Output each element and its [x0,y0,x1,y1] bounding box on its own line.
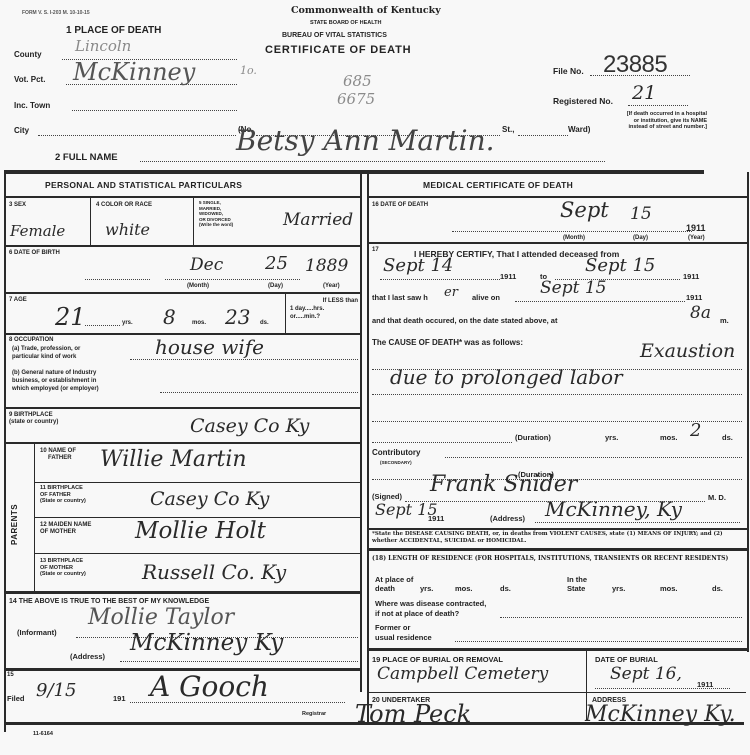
residence-state-mos: mos. [660,584,678,593]
contracted-label: Where was disease contracted, if not at … [375,599,486,619]
occupation-a-value: house wife [155,335,264,359]
attended-to-date: Sept 15 [585,255,655,276]
full-name-value: Betsy Ann Martin. [236,124,495,157]
attended-from-year: 1911 [500,272,516,281]
residence-label: (18) LENGTH OF RESIDENCE (FOR HOSPITALS,… [372,555,742,562]
registered-no: 21 [632,82,656,104]
form-code: 11-6164 [33,731,53,737]
dod-year: 1911 [686,223,706,233]
age-mos-label: mos. [192,320,206,326]
burial-date-label: DATE OF BURIAL [595,655,658,664]
death-certificate: FORM V. S. I-203 M. 10-10-15 Commonwealt… [0,0,750,755]
vot-pct-suffix: 1o. [240,64,257,77]
attended-to-year: 1911 [683,272,699,281]
age-years: 21 [55,303,86,331]
dob-year: 1889 [305,256,348,276]
footnote: *State the DISEASE CAUSING DEATH, or, in… [372,531,742,545]
informant-address-value: McKinney Ky [130,630,283,656]
age-days: 23 [225,305,250,329]
certify-num: 17 [372,247,379,253]
birthplace-value: Casey Co Ky [190,415,309,437]
registered-no-label: Registered No. [553,96,613,106]
file-no: 23885 [603,51,667,79]
burial-place-label: 19 PLACE OF BURIAL OR REMOVAL [372,655,503,664]
commonwealth-title: Commonwealth of Kentucky [291,5,441,16]
dod-day-label: (Day) [633,235,648,241]
cause-line-1: Exaustion [640,340,735,362]
mother-birthplace-value: Russell Co. Ky [142,560,286,584]
dod-day: 15 [630,204,652,224]
registrar-label: Registrar [302,711,326,717]
place-of-death-label: 1 PLACE OF DEATH [66,25,161,36]
color-value: white [105,220,150,239]
duration-yrs-label: yrs. [605,433,618,442]
dod-month-label: (Month) [563,235,585,241]
city-label: City [14,126,29,135]
file-no-label: File No. [553,66,584,76]
duration-ds-label: ds. [722,433,733,442]
dod-year-label: (Year) [688,235,705,241]
cause-label: The CAUSE OF DEATH* was as follows: [372,338,523,347]
death-time-text: and that death occured, on the date stat… [372,316,557,325]
last-saw-suffix: alive on [472,293,500,302]
form-number: FORM V. S. I-203 M. 10-10-15 [22,10,90,16]
undertaker-value: Tom Peck [355,700,471,728]
dod-month: Sept [560,198,609,222]
county-value: Lincoln [75,37,131,55]
father-name-label: 10 NAME OF FATHER [40,448,76,462]
dob-day-label: (Day) [268,283,283,289]
dod-label: 16 DATE OF DEATH [372,202,428,208]
age-months: 8 [163,305,176,329]
filing-num: 15 [7,672,14,678]
ward-label: Ward) [568,125,590,134]
marital-value: Married [283,210,353,230]
street-label: St., [502,125,514,134]
burial-date-value: Sept 16, [610,664,682,684]
residence-place-ds: ds. [500,584,511,593]
death-time-suffix: m. [720,316,729,325]
death-time: 8a [690,303,711,323]
father-name-value: Willie Martin [100,447,247,472]
age-yrs-label: yrs. [122,320,133,326]
registrar-signature: A Gooch [150,670,269,703]
dob-month: Dec [190,255,223,275]
duration-days: 2 [690,420,701,441]
physician-address: McKinney, Ky [545,497,682,521]
margin-number-2: 6675 [337,90,375,108]
full-name-label: 2 FULL NAME [55,152,118,163]
bureau-title: BUREAU OF VITAL STATISTICS [282,32,387,39]
dob-year-label: (Year) [323,283,340,289]
informant-value: Mollie Taylor [88,605,234,630]
board-title: STATE BOARD OF HEALTH [310,20,382,26]
filed-date: 9/15 [36,680,76,701]
color-label: 4 COLOR OR RACE [96,202,152,208]
vot-pct-label: Vot. Pct. [14,75,45,84]
father-birthplace-value: Casey Co Ky [150,488,269,510]
mother-name-label: 12 MAIDEN NAME OF MOTHER [40,522,91,536]
mother-birthplace-label: 13 BIRTHPLACE OF MOTHER (State or countr… [40,558,86,578]
secondary-label: (SECONDARY) [380,460,412,465]
burial-place-value: Campbell Cemetery [377,664,548,684]
mother-name-value: Mollie Holt [135,518,266,544]
undertaker-address-value: McKinney Ky. [585,702,736,727]
sex-label: 3 SEX [9,202,26,208]
residence-in-state-label: In the State [567,575,607,593]
personal-section-title: PERSONAL AND STATISTICAL PARTICULARS [45,180,242,190]
last-saw-date: Sept 15 [540,278,606,298]
md-label: M. D. [708,493,726,502]
cause-line-2: due to prolonged labor [390,365,623,389]
informant-label: (Informant) [17,628,57,637]
physician-address-label: (Address) [490,514,525,523]
informant-statement: 14 THE ABOVE IS TRUE TO THE BEST OF MY K… [9,598,209,605]
dob-day: 25 [265,253,288,274]
last-saw-pronoun: er [444,285,458,300]
contributory-label: Contributory [372,448,420,457]
signed-year: 1911 [428,514,444,523]
residence-state-ds: ds. [712,584,723,593]
vot-pct-value: McKinney [73,58,195,86]
father-birthplace-label: 11 BIRTHPLACE OF FATHER (State or countr… [40,485,86,505]
attended-from-date: Sept 14 [383,255,453,276]
less-than-day-label: If LESS than 1 day.....hrs. or.....min.? [290,297,358,321]
residence-state-yrs: yrs. [612,584,625,593]
burial-date-year: 1911 [697,680,713,689]
parents-side-label: PARENTS [10,504,19,545]
age-label: 7 AGE [9,297,27,303]
dob-label: 6 DATE OF BIRTH [9,250,60,256]
inc-town-label: Inc. Town [14,101,50,110]
margin-number-1: 685 [343,72,372,90]
sex-value: Female [10,222,65,240]
last-saw-year: 1911 [686,293,702,302]
physician-signature: Frank Snider [430,472,577,497]
marital-label: 5 SINGLE, MARRIED, WIDOWED, OR DIVORCED … [199,200,233,228]
duration-label: (Duration) [515,433,551,442]
informant-address-label: (Address) [70,652,105,661]
hospital-note: [If death occurred in a hospital or inst… [621,111,707,131]
occupation-b-label: (b) General nature of Industry business,… [12,369,99,393]
dob-month-label: (Month) [187,283,209,289]
residence-place-mos: mos. [455,584,473,593]
former-residence-label: Former or usual residence [375,623,432,643]
birthplace-label: 9 BIRTHPLACE (state or country) [9,412,58,426]
county-label: County [14,50,42,59]
last-saw-prefix: that I last saw h [372,293,428,302]
occupation-a-label: (a) Trade, profession, or particular kin… [12,345,80,361]
medical-section-title: MEDICAL CERTIFICATE OF DEATH [423,180,573,190]
duration-mos-label: mos. [660,433,678,442]
filed-label: Filed [7,694,25,703]
filed-year-prefix: 191 [113,694,126,703]
age-ds-label: ds. [260,320,269,326]
residence-place-yrs: yrs. [420,584,433,593]
certificate-title: CERTIFICATE OF DEATH [265,44,411,56]
occupation-label: 8 OCCUPATION [9,337,53,343]
